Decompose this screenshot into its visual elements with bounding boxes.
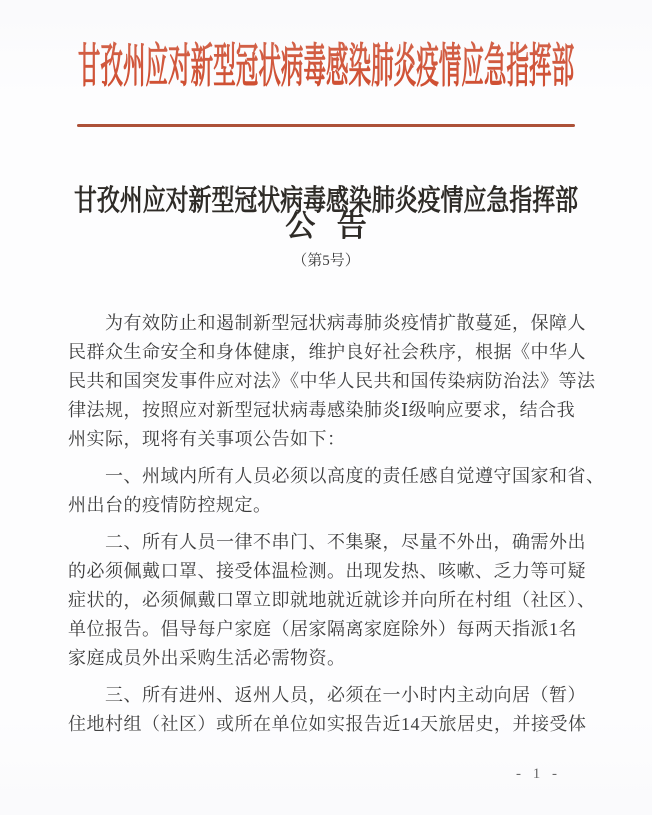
body-line: 为有效防止和遏制新型冠状病毒肺炎疫情扩散蔓延，保障人 <box>68 309 592 338</box>
body-line: 住地村组（社区）或所在单位如实报告近14天旅居史，并接受体 <box>68 710 592 739</box>
body-paragraph: 为有效防止和遏制新型冠状病毒肺炎疫情扩散蔓延，保障人民群众生命安全和身体健康，维… <box>68 309 592 454</box>
body-paragraph: 一、州域内所有人员必须以高度的责任感自觉遵守国家和省、州出台的疫情防控规定。 <box>68 462 592 520</box>
document-page: 甘孜州应对新型冠状病毒感染肺炎疫情应急指挥部 甘孜州应对新型冠状病毒感染肺炎疫情… <box>0 0 652 815</box>
body-line: 民共和国突发事件应对法》《中华人民共和国传染病防治法》等法 <box>68 367 592 396</box>
body-line: 的必须佩戴口罩、接受体温检测。出现发热、咳嗽、乏力等可疑 <box>68 557 592 586</box>
letterhead-rule <box>77 124 575 127</box>
body-line: 家庭成员外出采购生活必需物资。 <box>68 644 592 673</box>
letterhead-org-name: 甘孜州应对新型冠状病毒感染肺炎疫情应急指挥部 <box>78 40 574 94</box>
page-number: - 1 - <box>516 766 561 783</box>
body-line: 州出台的疫情防控规定。 <box>68 491 592 520</box>
body-line: 二、所有人员一律不串门、不集聚，尽量不外出，确需外出 <box>68 528 592 557</box>
doc-title-type: 公 告 <box>285 211 367 243</box>
doc-number: （第5号） <box>0 251 652 271</box>
body-line: 一、州域内所有人员必须以高度的责任感自觉遵守国家和省、 <box>68 462 592 491</box>
body-line: 三、所有进州、返州人员，必须在一小时内主动向居（暂） <box>68 681 592 710</box>
letterhead: 甘孜州应对新型冠状病毒感染肺炎疫情应急指挥部 <box>0 40 652 94</box>
body-paragraph: 三、所有进州、返州人员，必须在一小时内主动向居（暂）住地村组（社区）或所在单位如… <box>68 681 592 739</box>
body-line: 症状的，必须佩戴口罩立即就地就近就诊并向所在村组（社区）、 <box>68 586 592 615</box>
body-line: 律法规，按照应对新型冠状病毒感染肺炎Ⅰ级响应要求，结合我 <box>68 396 592 425</box>
body-paragraph: 二、所有人员一律不串门、不集聚，尽量不外出，确需外出的必须佩戴口罩、接受体温检测… <box>68 528 592 673</box>
body-line: 州实际，现将有关事项公告如下： <box>68 425 592 454</box>
body-line: 单位报告。倡导每户家庭（居家隔离家庭除外）每两天指派1名 <box>68 615 592 644</box>
doc-body: 为有效防止和遏制新型冠状病毒肺炎疫情扩散蔓延，保障人民群众生命安全和身体健康，维… <box>68 309 592 739</box>
body-line: 民群众生命安全和身体健康，维护良好社会秩序，根据《中华人 <box>68 338 592 367</box>
doc-title-type-row: 公 告 <box>0 211 652 243</box>
